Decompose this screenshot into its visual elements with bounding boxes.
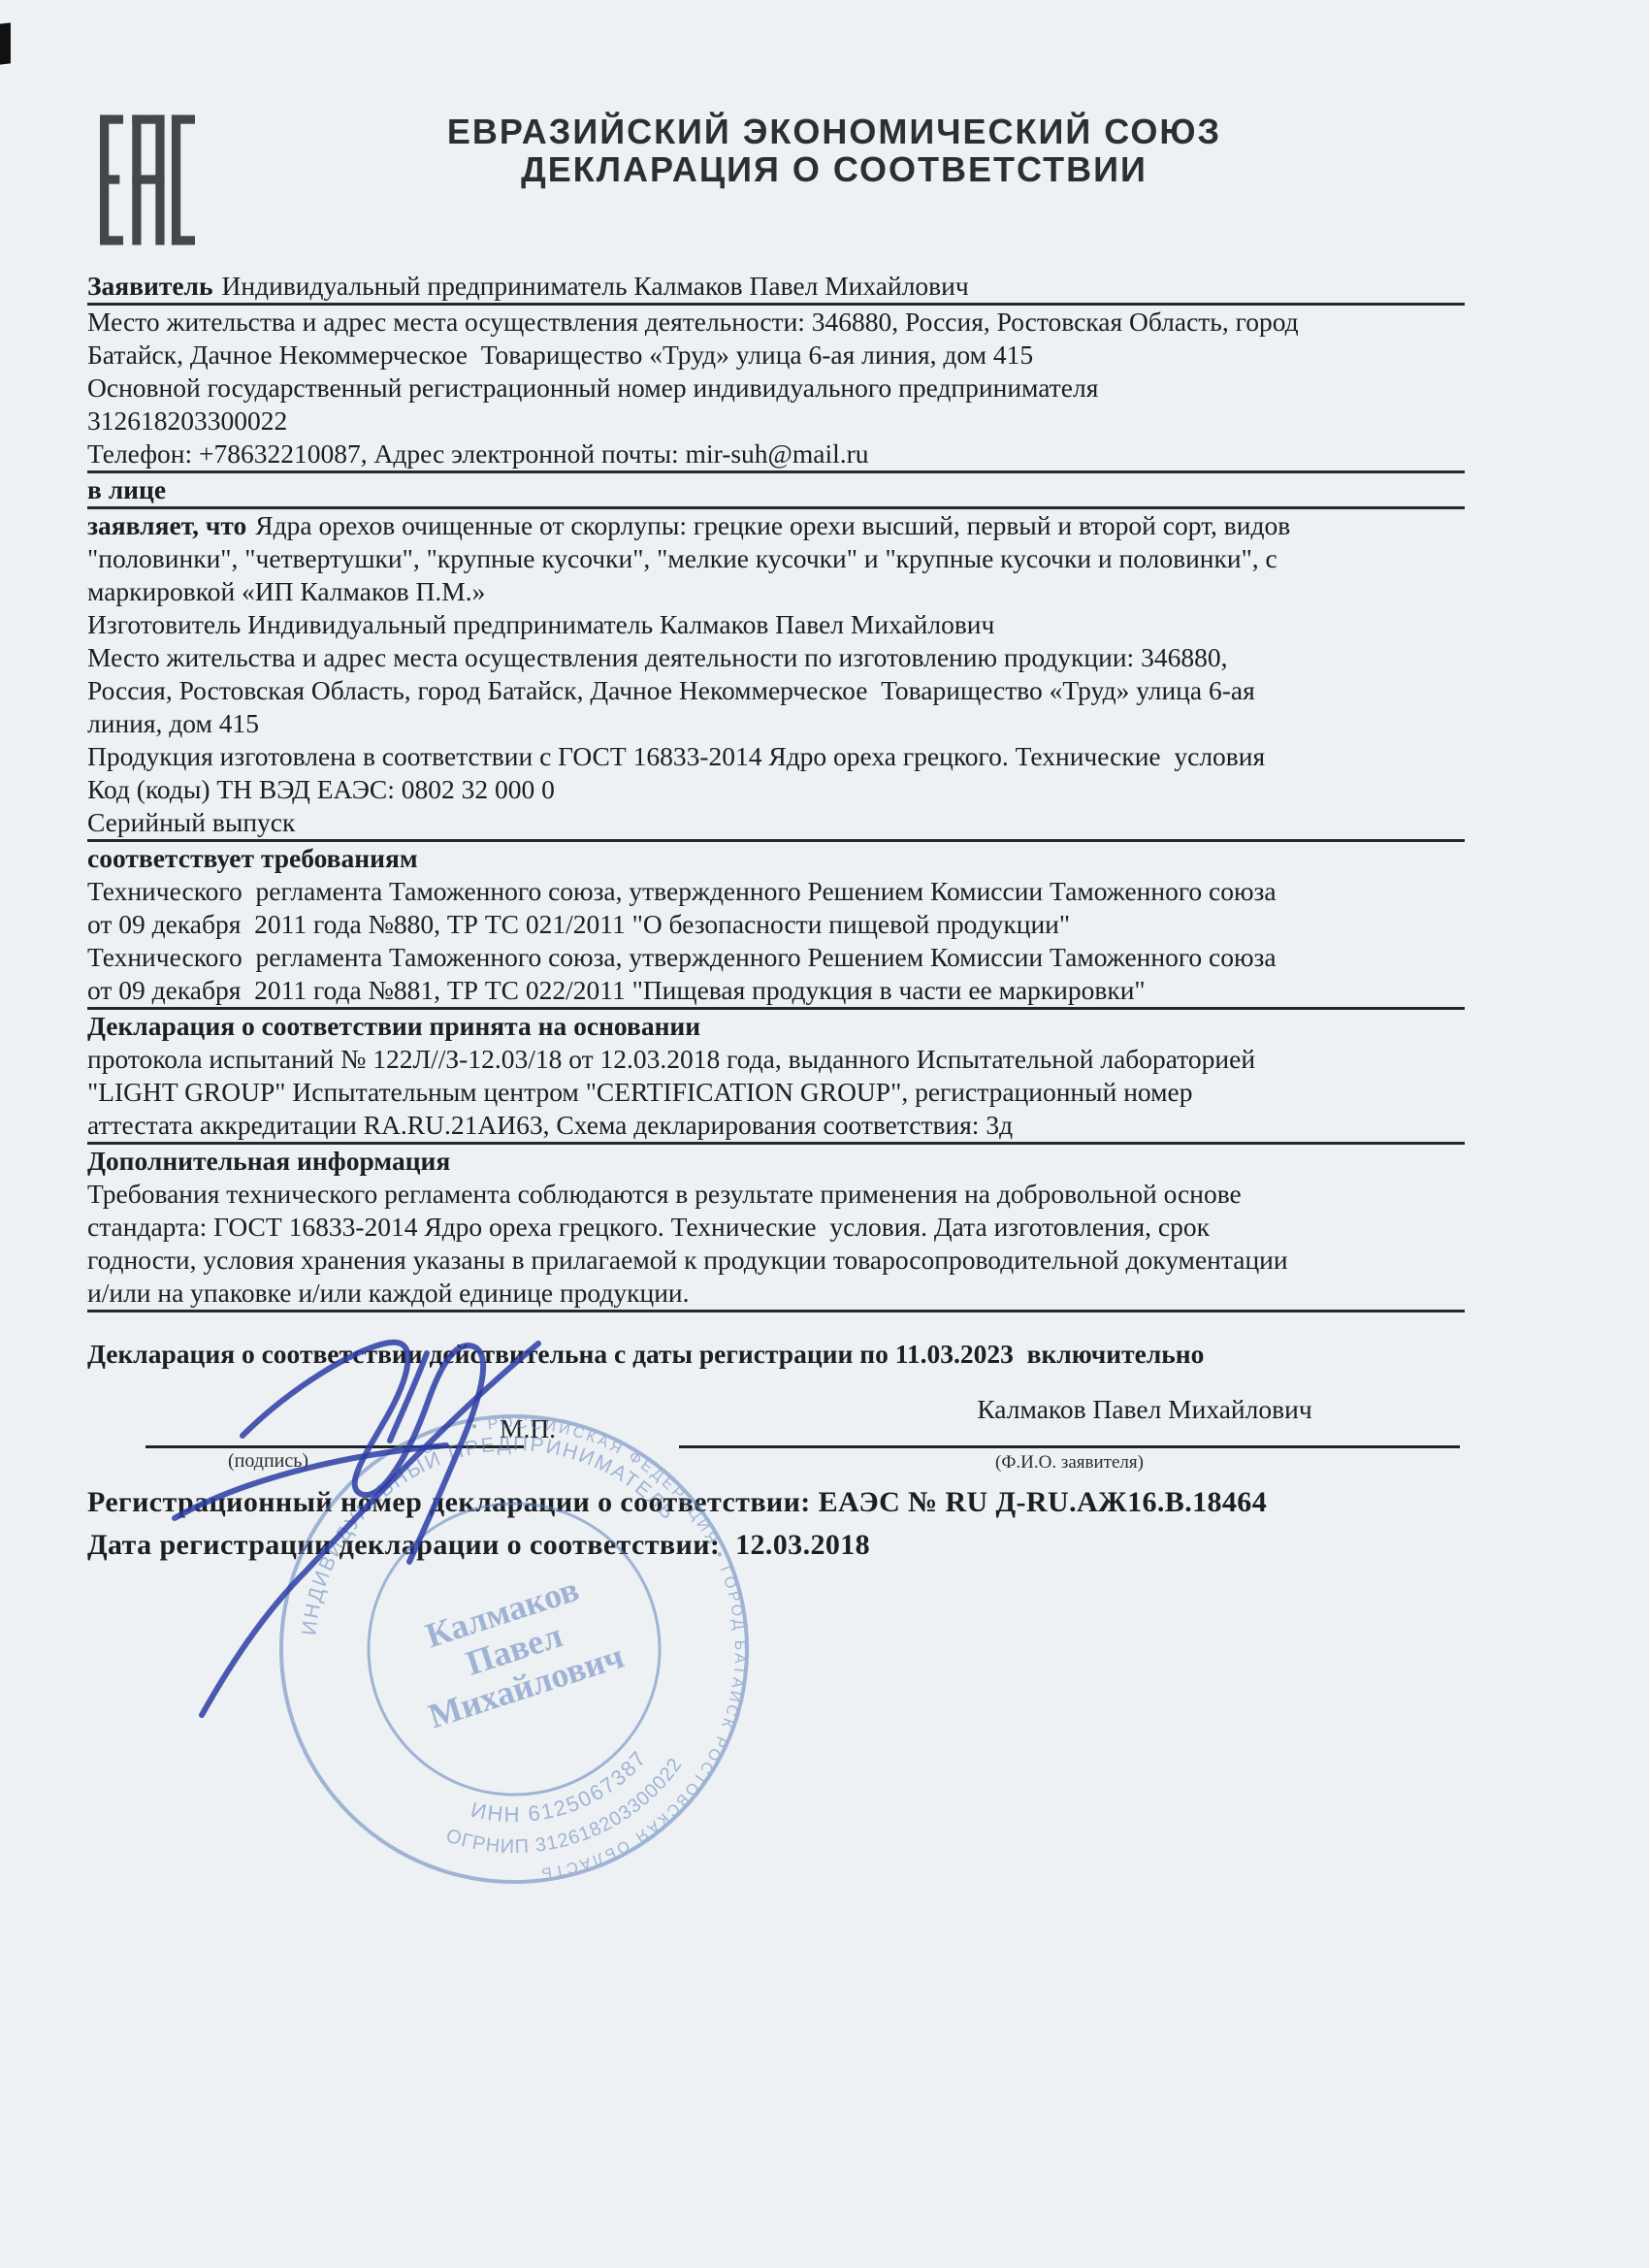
declaration-document: ЕВРАЗИЙСКИЙ ЭКОНОМИЧЕСКИЙ СОЮЗ ДЕКЛАРАЦИ…	[0, 0, 1649, 2268]
declarant-name: Калмаков Павел Михайлович	[854, 1394, 1436, 1425]
seal-placeholder-label: М.П.	[500, 1413, 556, 1444]
text-line: "LIGHT GROUP" Испытательным центром "CER…	[87, 1076, 1465, 1109]
registration-date: Дата регистрации декларации о соответств…	[87, 1529, 870, 1562]
section-divider	[87, 1310, 1465, 1312]
basis-label: Декларация о соответствии принята на осн…	[87, 1010, 1465, 1043]
applicant-name: Индивидуальный предприниматель Калмаков …	[222, 271, 969, 301]
text-line: стандарта: ГОСТ 16833-2014 Ядро ореха гр…	[87, 1211, 1465, 1244]
stamp-outer-ring-text: • РОССИЙСКАЯ ФЕДЕРАЦИЯ • ГОРОД БАТАЙСК Р…	[398, 1407, 757, 1886]
product-details: "половинки", "четвертушки", "крупные кус…	[87, 542, 1465, 839]
complies-label: соответствует требованиям	[87, 842, 1465, 875]
text-line: "половинки", "четвертушки", "крупные кус…	[87, 542, 1465, 575]
text-line: от 09 декабря 2011 года №881, ТР ТС 022/…	[87, 974, 1465, 1007]
stamp-ogrnip-text: ОГРНИП 312618203300022	[438, 1750, 700, 1887]
text-line: Место жительства и адрес места осуществл…	[87, 306, 1465, 339]
stamp-name-line3: Михайлович	[424, 1636, 629, 1736]
declares-line: заявляет, чтоЯдра орехов очищенные от ск…	[87, 509, 1465, 542]
declares-label: заявляет, что	[87, 510, 246, 540]
text-line: годности, условия хранения указаны в при…	[87, 1244, 1465, 1277]
title-union: ЕВРАЗИЙСКИЙ ЭКОНОМИЧЕСКИЙ СОЮЗ	[242, 113, 1426, 150]
complies-details: Технического регламента Таможенного союз…	[87, 875, 1465, 1007]
text-line: аттестата аккредитации RA.RU.21АИ63, Схе…	[87, 1109, 1465, 1142]
additional-info-label: Дополнительная информация	[87, 1145, 1465, 1178]
signature-caption: (подпись)	[228, 1450, 308, 1473]
svg-text:ОГРНИП 312618203300022: ОГРНИП 312618203300022	[438, 1750, 700, 1887]
text-line: Серийный выпуск	[87, 806, 1465, 839]
round-stamp: • РОССИЙСКАЯ ФЕДЕРАЦИЯ • ГОРОД БАТАЙСК Р…	[272, 1407, 757, 1892]
stamp-name-line2: Павел	[461, 1615, 566, 1682]
text-line: линия, дом 415	[87, 707, 1465, 740]
text-line: Код (коды) ТН ВЭД ЕАЭС: 0802 32 000 0	[87, 773, 1465, 806]
text-line: Телефон: +78632210087, Адрес электронной…	[87, 437, 1465, 470]
registration-number: Регистрационный номер декларации о соотв…	[87, 1486, 1267, 1519]
svg-text:• РОССИЙСКАЯ ФЕДЕРАЦИЯ • ГО: • РОССИЙСКАЯ ФЕДЕРАЦИЯ • ГОРОД БАТАЙСК Р…	[398, 1407, 757, 1886]
svg-text:ИНДИВИДУАЛЬНЫЙ ПРЕДПРИНИМАТЕЛ: ИНДИВИДУАЛЬНЫЙ ПРЕДПРИНИМАТЕЛЬ	[272, 1407, 683, 1643]
text-line: Место жительства и адрес места осуществл…	[87, 641, 1465, 674]
document-body: ЗаявительИндивидуальный предприниматель …	[87, 270, 1465, 1371]
text-line: маркировкой «ИП Калмаков П.М.»	[87, 575, 1465, 608]
in-person-label: в лице	[87, 473, 1465, 506]
text-line: от 09 декабря 2011 года №880, ТР ТС 021/…	[87, 908, 1465, 941]
text-line: и/или на упаковке и/или каждой единице п…	[87, 1277, 1465, 1310]
text-line: Технического регламента Таможенного союз…	[87, 875, 1465, 908]
declares-text: Ядра орехов очищенные от скорлупы: грецк…	[255, 510, 1290, 540]
text-line: протокола испытаний № 122Л//З-12.03/18 о…	[87, 1043, 1465, 1076]
handwritten-signature	[136, 1319, 592, 1736]
text-line: Батайск, Дачное Некоммерческое Товарищес…	[87, 339, 1465, 372]
name-line	[679, 1445, 1460, 1448]
applicant-label: Заявитель	[87, 271, 213, 301]
additional-info-details: Требования технического регламента соблю…	[87, 1178, 1465, 1310]
text-line: 312618203300022	[87, 405, 1465, 437]
basis-details: протокола испытаний № 122Л//З-12.03/18 о…	[87, 1043, 1465, 1142]
validity-statement: Декларация о соответствии действительна …	[87, 1338, 1465, 1371]
stamp-inn-text: ИНН 6125067387	[463, 1741, 661, 1848]
signature-line	[145, 1445, 524, 1448]
text-line: Требования технического регламента соблю…	[87, 1178, 1465, 1211]
text-line: Основной государственный регистрационный…	[87, 372, 1465, 405]
applicant-line: ЗаявительИндивидуальный предприниматель …	[87, 270, 1465, 303]
stamp-name-line1: Калмаков	[421, 1570, 584, 1655]
text-line: Продукция изготовлена в соответствии с Г…	[87, 740, 1465, 773]
scan-edge-artifact	[0, 22, 11, 64]
text-line: Россия, Ростовская Область, город Батайс…	[87, 674, 1465, 707]
document-title: ЕВРАЗИЙСКИЙ ЭКОНОМИЧЕСКИЙ СОЮЗ ДЕКЛАРАЦИ…	[242, 113, 1426, 188]
stamp-title-text: ИНДИВИДУАЛЬНЫЙ ПРЕДПРИНИМАТЕЛЬ	[272, 1407, 683, 1643]
title-declaration: ДЕКЛАРАЦИЯ О СООТВЕТСТВИИ	[242, 150, 1426, 188]
name-caption: (Ф.И.О. заявителя)	[679, 1452, 1460, 1474]
svg-text:ИНН 6125067387: ИНН 6125067387	[463, 1741, 661, 1848]
text-line: Технического регламента Таможенного союз…	[87, 941, 1465, 974]
eac-logo-icon	[100, 109, 195, 251]
applicant-details: Место жительства и адрес места осуществл…	[87, 306, 1465, 470]
text-line: Изготовитель Индивидуальный предпринимат…	[87, 608, 1465, 641]
